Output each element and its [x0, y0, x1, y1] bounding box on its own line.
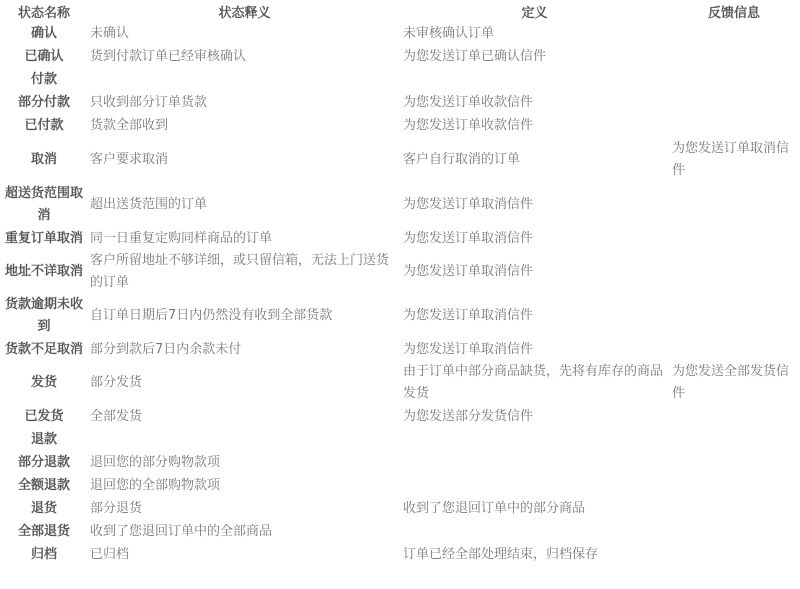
table-row: 归档 已归档 订单已经全部处理结束，归档保存 [0, 543, 800, 566]
status-definition [401, 451, 668, 474]
status-name: 地址不详取消 [0, 250, 88, 294]
status-definition: 为您发送订单收款信件 [401, 114, 668, 137]
status-feedback [668, 405, 800, 428]
status-name: 重复订单取消 [0, 227, 88, 250]
status-name: 部分退款 [0, 451, 88, 474]
status-definition: 为您发送订单取消信件 [401, 183, 668, 227]
status-meaning: 收到了您退回订单中的全部商品 [88, 520, 401, 543]
header-status-meaning: 状态释义 [88, 0, 401, 22]
table-row: 取消 客户要求取消 客户自行取消的订单 为您发送订单取消信件 [0, 137, 800, 183]
status-name: 发货 [0, 361, 88, 405]
status-feedback [668, 22, 800, 45]
status-name: 归档 [0, 543, 88, 566]
table-row: 全额退款 退回您的全部购物款项 [0, 474, 800, 497]
table-row: 部分退款 退回您的部分购物款项 [0, 451, 800, 474]
status-meaning: 超出送货范围的订单 [88, 183, 401, 227]
status-meaning: 自订单日期后7日内仍然没有收到全部货款 [88, 294, 401, 338]
status-definition: 为您发送部分发货信件 [401, 405, 668, 428]
status-name: 取消 [0, 137, 88, 183]
status-meaning: 货到付款订单已经审核确认 [88, 45, 401, 68]
status-meaning: 同一日重复定购同样商品的订单 [88, 227, 401, 250]
status-feedback [668, 250, 800, 294]
status-feedback [668, 45, 800, 68]
status-definition: 为您发送订单取消信件 [401, 338, 668, 361]
status-name: 已确认 [0, 45, 88, 68]
status-definition: 为您发送订单取消信件 [401, 294, 668, 338]
status-definition: 由于订单中部分商品缺货，先将有库存的商品发货 [401, 361, 668, 405]
status-name: 部分付款 [0, 91, 88, 114]
status-definition: 客户自行取消的订单 [401, 137, 668, 183]
status-meaning: 已归档 [88, 543, 401, 566]
table-row: 货款不足取消 部分到款后7日内余款未付 为您发送订单取消信件 [0, 338, 800, 361]
header-row: 状态名称 状态释义 定义 反馈信息 [0, 0, 800, 22]
header-definition: 定义 [401, 0, 668, 22]
table-row: 已发货 全部发货 为您发送部分发货信件 [0, 405, 800, 428]
status-meaning: 客户要求取消 [88, 137, 401, 183]
status-meaning: 部分到款后7日内余款未付 [88, 338, 401, 361]
status-feedback [668, 520, 800, 543]
status-feedback [668, 294, 800, 338]
table-row: 地址不详取消 客户所留地址不够详细，或只留信箱，无法上门送货的订单 为您发送订单… [0, 250, 800, 294]
status-feedback [668, 451, 800, 474]
status-feedback [668, 183, 800, 227]
status-name: 已发货 [0, 405, 88, 428]
table-row: 重复订单取消 同一日重复定购同样商品的订单 为您发送订单取消信件 [0, 227, 800, 250]
status-name: 退货 [0, 497, 88, 520]
table-row: 已付款 货款全部收到 为您发送订单收款信件 [0, 114, 800, 137]
status-definition [401, 474, 668, 497]
status-meaning: 只收到部分订单货款 [88, 91, 401, 114]
table-row: 发货 部分发货 由于订单中部分商品缺货，先将有库存的商品发货 为您发送全部发货信… [0, 361, 800, 405]
status-definition: 为您发送订单已确认信件 [401, 45, 668, 68]
status-meaning: 客户所留地址不够详细，或只留信箱，无法上门送货的订单 [88, 250, 401, 294]
order-status-table: 状态名称 状态释义 定义 反馈信息 确认 未确认 未审核确认订单 已确认 货到付… [0, 0, 800, 566]
status-definition [401, 428, 668, 451]
table-row: 退货 部分退货 收到了您退回订单中的部分商品 [0, 497, 800, 520]
table-row: 超送货范围取消 超出送货范围的订单 为您发送订单取消信件 [0, 183, 800, 227]
status-definition: 为您发送订单收款信件 [401, 91, 668, 114]
status-feedback [668, 114, 800, 137]
table-row: 确认 未确认 未审核确认订单 [0, 22, 800, 45]
status-feedback [668, 91, 800, 114]
status-meaning [88, 428, 401, 451]
status-definition: 未审核确认订单 [401, 22, 668, 45]
status-meaning: 全部发货 [88, 405, 401, 428]
status-definition [401, 68, 668, 91]
status-feedback [668, 227, 800, 250]
status-definition: 为您发送订单取消信件 [401, 227, 668, 250]
status-meaning [88, 68, 401, 91]
table-row: 部分付款 只收到部分订单货款 为您发送订单收款信件 [0, 91, 800, 114]
status-name: 付款 [0, 68, 88, 91]
status-feedback [668, 474, 800, 497]
table-row: 全部退货 收到了您退回订单中的全部商品 [0, 520, 800, 543]
status-name: 货款逾期未收到 [0, 294, 88, 338]
table-row: 货款逾期未收到 自订单日期后7日内仍然没有收到全部货款 为您发送订单取消信件 [0, 294, 800, 338]
status-name: 退款 [0, 428, 88, 451]
status-definition: 收到了您退回订单中的部分商品 [401, 497, 668, 520]
status-meaning: 未确认 [88, 22, 401, 45]
status-name: 超送货范围取消 [0, 183, 88, 227]
status-feedback [668, 68, 800, 91]
status-feedback [668, 338, 800, 361]
status-name: 全部退货 [0, 520, 88, 543]
header-status-name: 状态名称 [0, 0, 88, 22]
status-name: 已付款 [0, 114, 88, 137]
table-row: 已确认 货到付款订单已经审核确认 为您发送订单已确认信件 [0, 45, 800, 68]
table-row: 退款 [0, 428, 800, 451]
status-definition: 为您发送订单取消信件 [401, 250, 668, 294]
status-meaning: 部分退货 [88, 497, 401, 520]
status-name: 确认 [0, 22, 88, 45]
status-feedback [668, 497, 800, 520]
table-row: 付款 [0, 68, 800, 91]
status-feedback [668, 428, 800, 451]
status-meaning: 退回您的全部购物款项 [88, 474, 401, 497]
status-definition [401, 520, 668, 543]
status-definition: 订单已经全部处理结束，归档保存 [401, 543, 668, 566]
status-meaning: 货款全部收到 [88, 114, 401, 137]
status-meaning: 退回您的部分购物款项 [88, 451, 401, 474]
status-feedback [668, 543, 800, 566]
status-name: 货款不足取消 [0, 338, 88, 361]
status-meaning: 部分发货 [88, 361, 401, 405]
status-feedback: 为您发送全部发货信件 [668, 361, 800, 405]
status-name: 全额退款 [0, 474, 88, 497]
header-feedback: 反馈信息 [668, 0, 800, 22]
status-feedback: 为您发送订单取消信件 [668, 137, 800, 183]
